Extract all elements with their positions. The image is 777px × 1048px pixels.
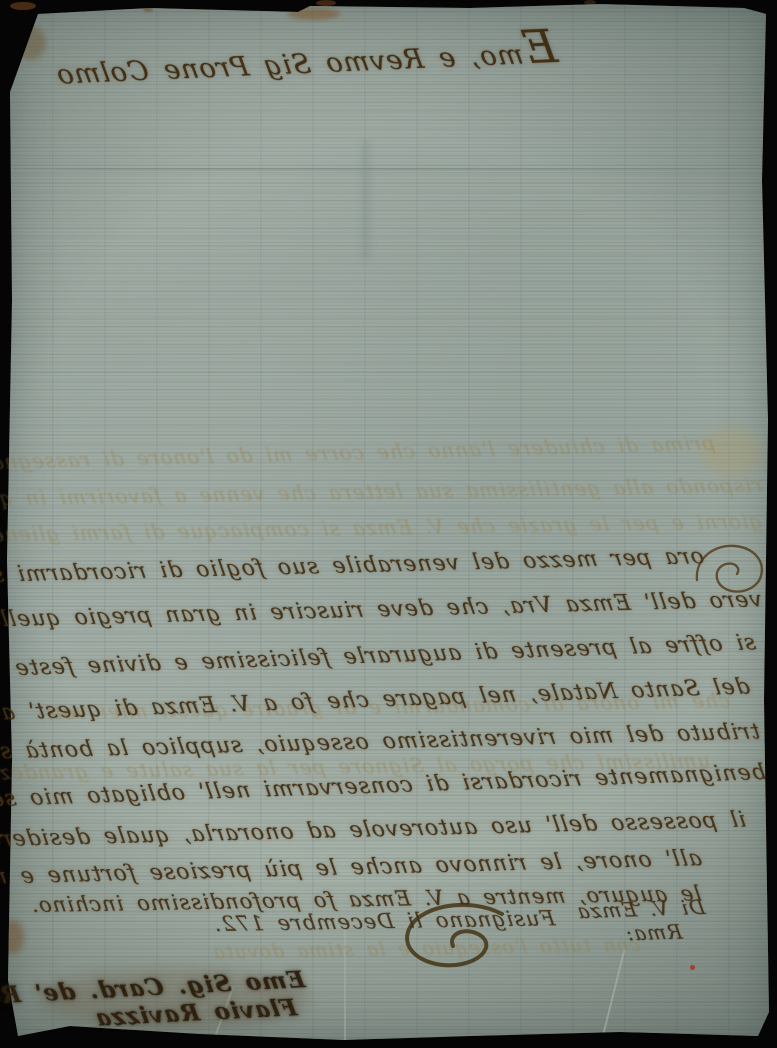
body-line-2: vero dell' Emza Vra, che deve riuscire i… bbox=[22, 586, 762, 634]
body-line-1: ora per mezzo del venerabile suo foglio … bbox=[28, 543, 705, 589]
ghost-line-1: prima di chiudere l'anno che corre mi do… bbox=[95, 430, 715, 472]
ghost-line-2: rispondo alla gentilissima sua lettera c… bbox=[62, 472, 762, 510]
ghost-line-3: giorni e per le grazie che V. Emza si co… bbox=[62, 508, 762, 546]
body-line-3: si offre al presente di augurarle felici… bbox=[28, 629, 757, 683]
handwriting-layer: Emo, e Revmo Sig Prone Colmoprima di chi… bbox=[0, 0, 777, 1048]
closing-line-2: Rma: bbox=[596, 919, 683, 948]
letter-scan: Emo, e Revmo Sig Prone Colmoprima di chi… bbox=[0, 0, 777, 1048]
date-line: Fusignano li Decembre 172. bbox=[235, 905, 555, 938]
spiral-paraph-small-icon bbox=[693, 540, 767, 602]
spiral-paraph-large-icon bbox=[398, 900, 506, 972]
salutation-line: Emo, e Revmo Sig Prone Colmo bbox=[184, 28, 558, 87]
